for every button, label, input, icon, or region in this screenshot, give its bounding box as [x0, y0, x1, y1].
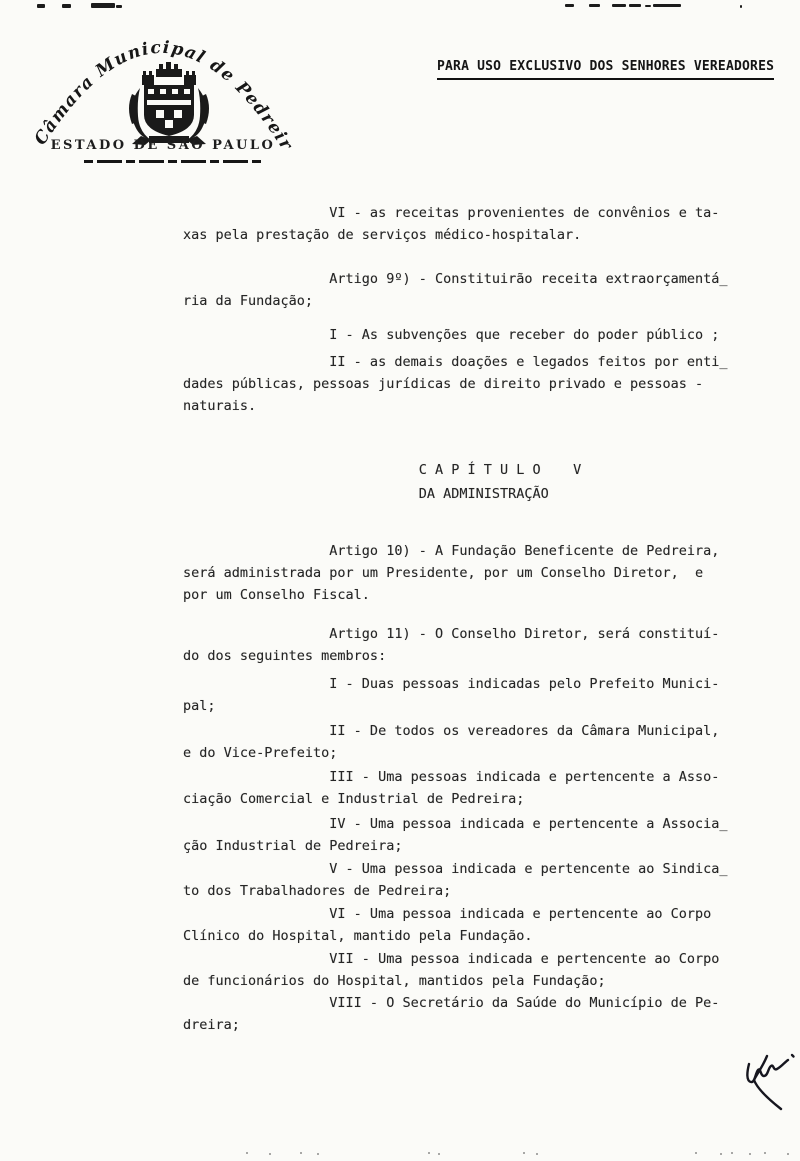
document-body: VI - as receitas provenientes de convêni…: [0, 202, 800, 1036]
scan-artifact: [116, 5, 122, 8]
scanned-document-page: Câmara Municipal de Pedreira: [0, 0, 800, 1161]
paragraph-artigo-11: Artigo 11) - O Conselho Diretor, será co…: [183, 623, 800, 667]
scan-artifact: [91, 3, 115, 8]
scan-speck: [438, 1153, 440, 1155]
scan-speck: [428, 1152, 430, 1154]
paragraph-item-v-sindicato: V - Uma pessoa indicada e pertencente ao…: [183, 858, 800, 902]
scan-artifact: [653, 4, 681, 7]
scan-speck: [269, 1153, 271, 1155]
paragraph-artigo-9: Artigo 9º) - Constituirão receita extrao…: [183, 268, 800, 312]
letterhead: Câmara Municipal de Pedreira: [28, 38, 298, 173]
paragraph-item-i-subvencoes: I - As subvenções que receber do poder p…: [183, 324, 800, 346]
scan-artifact: [612, 4, 626, 7]
scan-speck: [764, 1152, 766, 1154]
scan-speck: [787, 1153, 789, 1155]
scan-speck: [523, 1152, 525, 1154]
notice-banner: PARA USO EXCLUSIVO DOS SENHORES VEREADOR…: [437, 59, 774, 80]
paragraph-artigo-10: Artigo 10) - A Fundação Beneficente de P…: [183, 540, 800, 606]
chapter-heading: C A P Í T U L O V: [183, 459, 800, 481]
paragraph-item-iv-assoc-industrial: IV - Uma pessoa indicada e pertencente a…: [183, 813, 800, 857]
scan-speck: [749, 1153, 751, 1155]
signature-mark: [705, 1038, 800, 1128]
scan-artifact: [62, 4, 71, 8]
paragraph-item-i-prefeito: I - Duas pessoas indicadas pelo Prefeito…: [183, 673, 800, 717]
scan-artifact: [37, 4, 45, 8]
scan-speck: [536, 1153, 538, 1155]
paragraph-item-ii-doacoes: II - as demais doações e legados feitos …: [183, 351, 800, 417]
scan-speck: [300, 1152, 302, 1154]
scan-artifact: [740, 5, 742, 8]
paragraph-item-viii-secretario: VIII - O Secretário da Saúde do Municípi…: [183, 992, 800, 1036]
paragraph-item-vi-corpo-clinico: VI - Uma pessoa indicada e pertencente a…: [183, 903, 800, 947]
scan-speck: [720, 1153, 722, 1155]
coat-of-arms-icon: [129, 62, 209, 145]
letterhead-state-line: ESTADO DE SÃO PAULO: [28, 138, 298, 153]
scan-speck: [695, 1152, 697, 1154]
scan-speck: [246, 1152, 248, 1154]
paragraph-item-iii-assoc-comercial: III - Uma pessoas indicada e pertencente…: [183, 766, 800, 810]
scan-artifact: [645, 5, 651, 7]
scan-artifact: [629, 4, 641, 7]
paragraph-item-ii-vereadores: II - De todos os vereadores da Câmara Mu…: [183, 720, 800, 764]
scan-artifact: [589, 4, 600, 7]
scan-speck: [317, 1153, 319, 1155]
letterhead-rule: [84, 160, 264, 163]
chapter-subject: DA ADMINISTRAÇÃO: [183, 483, 800, 505]
scan-speck: [731, 1152, 733, 1154]
paragraph-item-vi-receitas: VI - as receitas provenientes de convêni…: [183, 202, 800, 246]
scan-artifact: [565, 4, 574, 7]
paragraph-item-vii-funcionarios: VII - Uma pessoa indicada e pertencente …: [183, 948, 800, 992]
